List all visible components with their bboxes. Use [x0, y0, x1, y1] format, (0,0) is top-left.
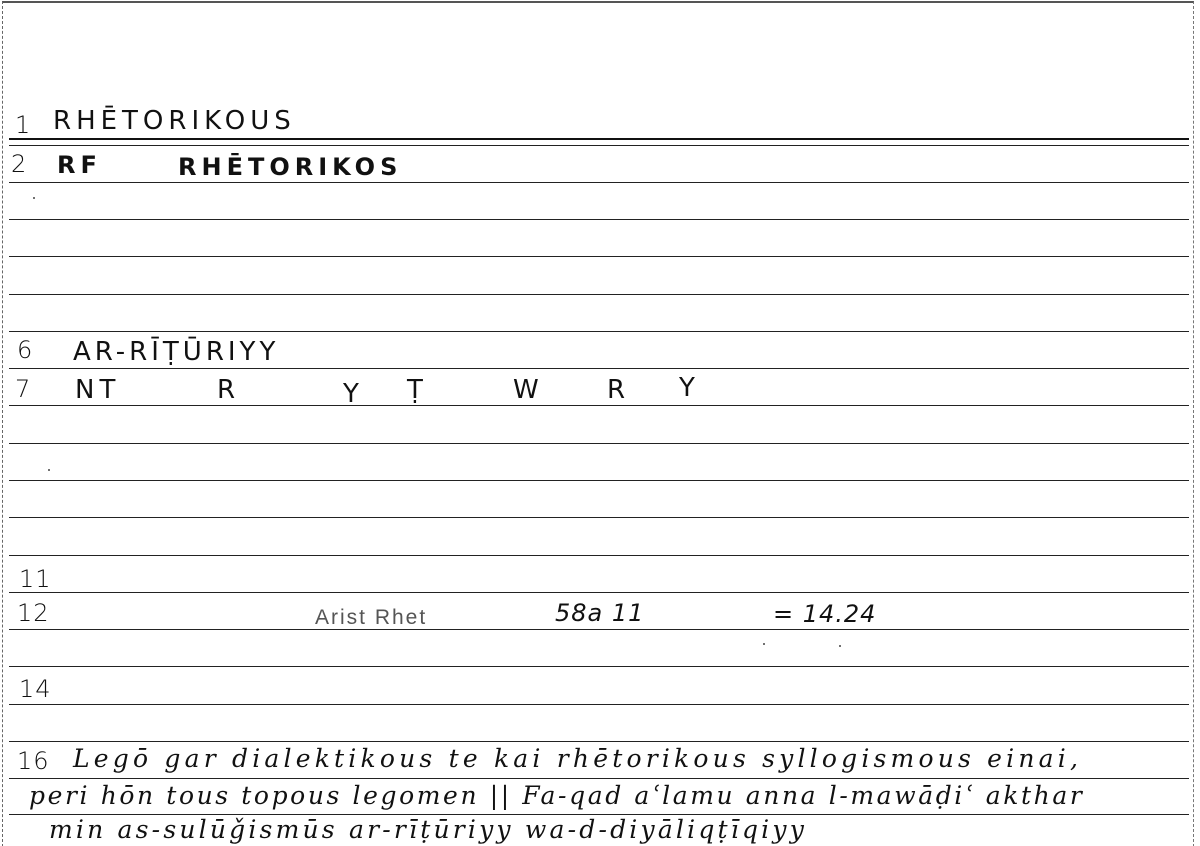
- line-number: 6: [17, 336, 33, 364]
- line-number: 2: [11, 150, 27, 178]
- line-number: 1: [15, 111, 31, 139]
- ruled-line: [9, 666, 1189, 667]
- ruled-line: [9, 629, 1189, 630]
- ruled-line: [9, 480, 1189, 481]
- ruled-line: [9, 517, 1189, 518]
- root-code: NT: [75, 375, 120, 405]
- ruled-line: [9, 331, 1189, 332]
- arabic-passage: min as-sulūǧismūs ar-rīṭūriyy wa-d-diyāl…: [49, 815, 807, 844]
- speck: [33, 197, 35, 199]
- speck: [48, 469, 50, 471]
- ruled-line: [9, 256, 1189, 257]
- ruled-line: [9, 704, 1189, 705]
- source-reference: Arist Rhet: [315, 606, 427, 630]
- root-letter: Y: [343, 379, 364, 409]
- line-number: 12: [17, 599, 50, 627]
- ruled-line: [9, 405, 1189, 406]
- ruled-line: [9, 182, 1189, 183]
- root-letter: R: [607, 375, 630, 405]
- index-card: 1 RHĒTORIKOUS 2 RF RHĒTORIKOS 6 AR-RĪṬŪR…: [2, 1, 1194, 846]
- ruled-line: [9, 219, 1189, 220]
- ruled-line: [9, 294, 1189, 295]
- line-number: 16: [17, 747, 50, 775]
- ruled-line: [9, 778, 1189, 779]
- ruled-line: [9, 145, 1189, 146]
- ruled-line: [9, 443, 1189, 444]
- line-number: 7: [15, 375, 31, 403]
- ruled-line: [9, 138, 1189, 140]
- arabic-transliteration: AR-RĪṬŪRIYY: [73, 337, 279, 367]
- line-number: 11: [19, 565, 52, 593]
- root-code: RF: [57, 151, 102, 179]
- root-letter: Y: [679, 373, 700, 403]
- ruled-line: [9, 592, 1189, 593]
- ruled-line: [9, 555, 1189, 556]
- root-letter: Ṭ: [407, 375, 428, 405]
- greek-reference: 58a 11: [555, 599, 644, 627]
- speck: [763, 643, 765, 645]
- root-letter: W: [513, 375, 544, 405]
- greek-lemma: RHĒTORIKOS: [178, 153, 402, 181]
- line-number: 14: [19, 675, 52, 703]
- ruled-line: [9, 741, 1189, 742]
- greek-passage: Legō gar dialektikous te kai rhētorikous…: [73, 744, 1082, 773]
- root-letter: R: [217, 375, 240, 405]
- ruled-line: [9, 368, 1189, 369]
- arabic-reference: = 14.24: [773, 600, 876, 628]
- lemma-greek-transliteration: RHĒTORIKOUS: [53, 106, 296, 136]
- greek-arabic-passage: peri hōn tous topous legomen || Fa-qad a…: [29, 781, 1084, 810]
- speck: [839, 645, 841, 647]
